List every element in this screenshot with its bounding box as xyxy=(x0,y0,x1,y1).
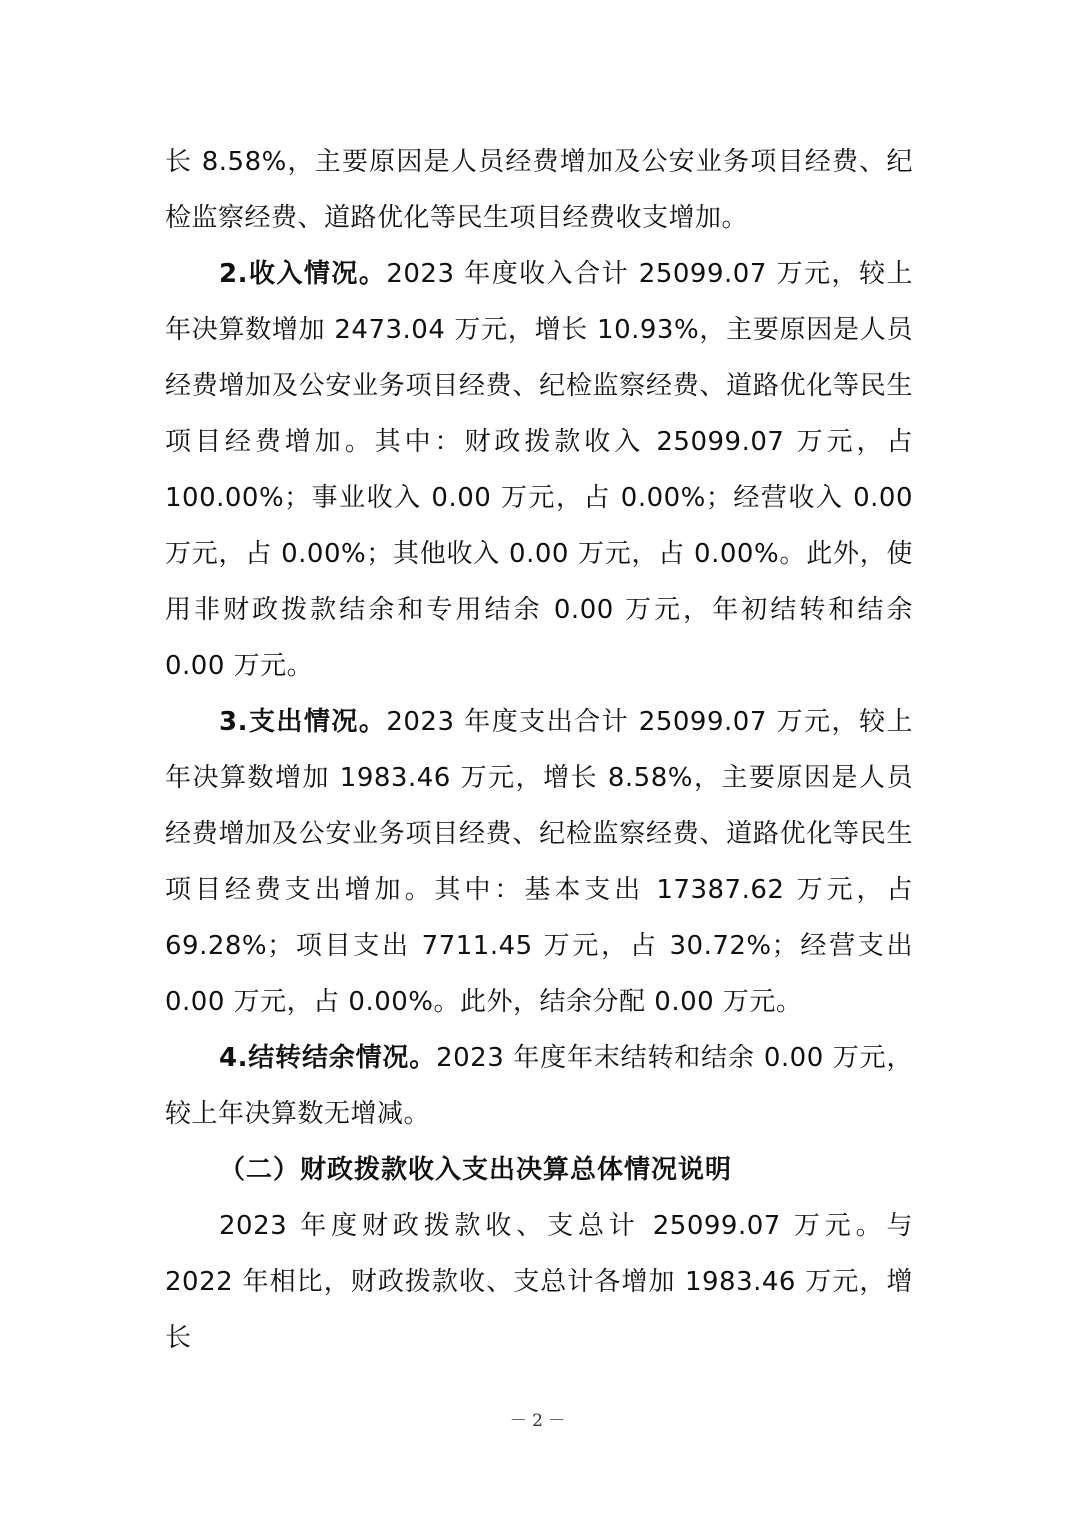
paragraph-text: 2023 年度财政拨款收、支总计 25099.07 万元。与 2022 年相比，… xyxy=(165,1211,913,1353)
paragraph-lead-expenditure: 3.支出情况。 xyxy=(219,707,386,737)
page-number: － 2 － xyxy=(0,1406,1075,1431)
paragraph-text: 2023 年度收入合计 25099.07 万元，较上年决算数增加 2473.04… xyxy=(165,259,913,681)
paragraph-lead-carryover: 4.结转结余情况。 xyxy=(219,1043,436,1073)
document-page: 长 8.58%，主要原因是人员经费增加及公安业务项目经费、纪检监察经费、道路优化… xyxy=(165,134,913,1366)
paragraph-income: 2.收入情况。2023 年度收入合计 25099.07 万元，较上年决算数增加 … xyxy=(165,246,913,694)
paragraph-text: 2023 年度支出合计 25099.07 万元，较上年决算数增加 1983.46… xyxy=(165,707,913,1017)
paragraph-expenditure: 3.支出情况。2023 年度支出合计 25099.07 万元，较上年决算数增加 … xyxy=(165,694,913,1030)
paragraph-continuation: 长 8.58%，主要原因是人员经费增加及公安业务项目经费、纪检监察经费、道路优化… xyxy=(165,134,913,246)
paragraph-carryover: 4.结转结余情况。2023 年度年末结转和结余 0.00 万元，较上年决算数无增… xyxy=(165,1030,913,1142)
paragraph-text: 长 8.58%，主要原因是人员经费增加及公安业务项目经费、纪检监察经费、道路优化… xyxy=(165,147,913,233)
paragraph-lead-income: 2.收入情况。 xyxy=(219,259,386,289)
section-heading: （二）财政拨款收入支出决算总体情况说明 xyxy=(165,1142,913,1198)
paragraph-fiscal-summary: 2023 年度财政拨款收、支总计 25099.07 万元。与 2022 年相比，… xyxy=(165,1198,913,1366)
